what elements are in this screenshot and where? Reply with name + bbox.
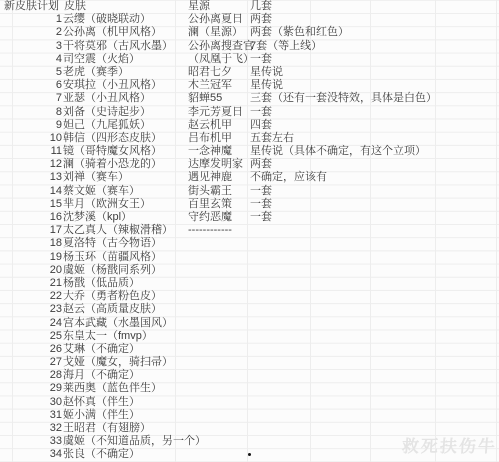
cell-row-number[interactable]: 28 <box>0 369 62 383</box>
cell-count[interactable]: 一套 <box>250 198 272 212</box>
cell-skin[interactable]: 赵云（高质量皮肤） <box>63 303 162 317</box>
ink-dot <box>248 453 251 456</box>
cell-star[interactable]: 李元芳夏日 <box>188 106 243 120</box>
cell-row-number[interactable]: 7 <box>0 92 62 106</box>
table-row: 2公孙离（机甲风格）澜（星源）两套（紫色和红色） <box>0 26 499 39</box>
table-row: 5老虎（赛季）昭君七夕星传说 <box>0 66 499 79</box>
table-row: 24宫本武藏（水墨国风） <box>0 317 499 330</box>
cell-skin[interactable]: 刘禅（赛车） <box>63 171 129 185</box>
cell-row-number[interactable]: 34 <box>0 448 62 462</box>
cell-skin[interactable]: 夏洛特（古今物语） <box>63 237 162 251</box>
cell-skin[interactable]: 姬小满（伴生） <box>63 409 140 423</box>
table-row: 18夏洛特（古今物语） <box>0 237 499 250</box>
cell-row-number[interactable]: 10 <box>0 132 62 146</box>
cell-row-number[interactable]: 12 <box>0 158 62 172</box>
cell-count[interactable]: 四套 <box>250 119 272 133</box>
cell-skin[interactable]: 东皇太一（fmvp） <box>63 330 153 344</box>
header-plan[interactable]: 新皮肤计划 <box>4 0 59 14</box>
cell-row-number[interactable]: 29 <box>0 382 62 396</box>
cell-skin[interactable]: 司空震（火焰） <box>63 53 140 67</box>
table-body: 1云缨（破晓联动）公孙离夏日两套2公孙离（机甲风格）澜（星源）两套（紫色和红色）… <box>0 13 499 461</box>
table-row: 21杨戬（低品质） <box>0 277 499 290</box>
cell-star[interactable]: 遇见神鹿 <box>188 171 232 185</box>
cell-skin[interactable]: 公孙离（机甲风格） <box>63 26 162 40</box>
cell-skin[interactable]: 莱西奥（蓝色伴生） <box>63 382 162 396</box>
cell-star[interactable]: （凤凰于飞） <box>188 53 254 67</box>
cell-star[interactable]: 守约恶魔 <box>188 211 232 225</box>
cell-count[interactable]: 两套 <box>250 158 272 172</box>
cell-count[interactable]: 星传说（具体不确定，有这个立项） <box>250 145 426 159</box>
table-row: 22大乔（勇者粉色皮） <box>0 290 499 303</box>
cell-star[interactable]: 昭君七夕 <box>188 66 232 80</box>
table-row: 16沈梦溪（kpl）守约恶魔一套 <box>0 211 499 224</box>
cell-skin[interactable]: 妲己（九尾狐妖） <box>63 119 151 133</box>
cell-row-number[interactable]: 13 <box>0 171 62 185</box>
cell-star[interactable]: 百里玄策 <box>188 198 232 212</box>
cell-row-number[interactable]: 5 <box>0 66 62 80</box>
cell-count[interactable]: 7套（等上线） <box>250 40 322 54</box>
table-row: 17太乙真人（辣椒滑稽）------------ <box>0 224 499 237</box>
cell-row-number[interactable]: 24 <box>0 317 62 331</box>
cell-skin[interactable]: 虞姬（杨戬同系列） <box>63 264 162 278</box>
cell-skin[interactable]: 戈娅（魔女，骑扫帚） <box>63 356 173 370</box>
header-skin[interactable]: 皮肤 <box>64 0 86 14</box>
cell-skin[interactable]: 艾琳（不确定） <box>63 343 140 357</box>
table: 新皮肤计划 皮肤 星源 几套 1云缨（破晓联动）公孙离夏日两套2公孙离（机甲风格… <box>0 0 499 462</box>
table-row: 9妲己（九尾狐妖）赵云机甲四套 <box>0 119 499 132</box>
cell-row-number[interactable]: 20 <box>0 264 62 278</box>
cell-skin[interactable]: 刘备（史诗起步） <box>63 106 151 120</box>
cell-star[interactable]: ------------ <box>188 224 232 238</box>
cell-row-number[interactable]: 11 <box>0 145 62 159</box>
table-row: 13刘禅（赛车）遇见神鹿不确定，应该有 <box>0 171 499 184</box>
cell-star[interactable]: 一念神魔 <box>188 145 232 159</box>
cell-count[interactable]: 两套（紫色和红色） <box>250 26 349 40</box>
cell-count[interactable]: 一套 <box>250 211 272 225</box>
table-row: 30赵怀真（伴生） <box>0 396 499 409</box>
cell-count[interactable]: 一套 <box>250 106 272 120</box>
cell-row-number[interactable]: 30 <box>0 396 62 410</box>
cell-count[interactable]: 一套 <box>250 185 272 199</box>
table-row: 1云缨（破晓联动）公孙离夏日两套 <box>0 13 499 26</box>
cell-skin[interactable]: 王昭君（有翅膀） <box>63 422 151 436</box>
table-row: 28海月（不确定） <box>0 369 499 382</box>
cell-count[interactable]: 五套左右 <box>250 132 294 146</box>
cell-skin[interactable]: 海月（不确定） <box>63 369 140 383</box>
watermark: 救死扶伤牛 <box>401 432 498 457</box>
cell-row-number[interactable]: 4 <box>0 53 62 67</box>
header-star[interactable]: 星源 <box>188 0 210 14</box>
cell-star[interactable]: 公孙离夏日 <box>188 13 243 27</box>
cell-row-number[interactable]: 25 <box>0 330 62 344</box>
table-row: 19杨玉环（苗疆风格） <box>0 251 499 264</box>
table-row: 27戈娅（魔女，骑扫帚） <box>0 356 499 369</box>
table-row: 7亚瑟（小丑风格）貂蝉55三套（还有一套没特效，具体是白色） <box>0 92 499 105</box>
cell-row-number[interactable]: 19 <box>0 251 62 265</box>
cell-row-number[interactable]: 8 <box>0 106 62 120</box>
table-row: 23赵云（高质量皮肤） <box>0 303 499 316</box>
cell-row-number[interactable]: 3 <box>0 40 62 54</box>
cell-row-number[interactable]: 2 <box>0 26 62 40</box>
cell-skin[interactable]: 宫本武藏（水墨国风） <box>63 317 173 331</box>
cell-skin[interactable]: 太乙真人（辣椒滑稽） <box>63 224 173 238</box>
cell-row-number[interactable]: 14 <box>0 185 62 199</box>
cell-skin[interactable]: 张良（不确定） <box>63 448 140 462</box>
table-row: 11镜（哥特魔女风格）一念神魔星传说（具体不确定，有这个立项） <box>0 145 499 158</box>
cell-count[interactable]: 两套 <box>250 13 272 27</box>
cell-row-number[interactable]: 27 <box>0 356 62 370</box>
cell-skin[interactable]: 亚瑟（小丑风格） <box>63 92 151 106</box>
cell-star[interactable]: 木兰冠军 <box>188 79 232 93</box>
cell-row-number[interactable]: 15 <box>0 198 62 212</box>
table-row: 25东皇太一（fmvp） <box>0 330 499 343</box>
cell-skin[interactable]: 云缨（破晓联动） <box>63 13 151 27</box>
cell-count[interactable]: 三套（还有一套没特效，具体是白色） <box>250 92 437 106</box>
cell-star[interactable]: 达摩发明家 <box>188 158 243 172</box>
cell-skin[interactable]: 芈月（欧洲女王） <box>63 198 151 212</box>
table-row: 10韩信（四形态皮肤）吕布机甲五套左右 <box>0 132 499 145</box>
cell-skin[interactable]: 镜（哥特魔女风格） <box>63 145 162 159</box>
cell-skin[interactable]: 韩信（四形态皮肤） <box>63 132 162 146</box>
table-row: 3干将莫邪（古风水墨）公孙离搜查官7套（等上线） <box>0 40 499 53</box>
cell-star[interactable]: 赵云机甲 <box>188 119 232 133</box>
cell-row-number[interactable]: 1 <box>0 13 62 27</box>
table-row: 26艾琳（不确定） <box>0 343 499 356</box>
table-row: 31姬小满（伴生） <box>0 409 499 422</box>
table-row: 8刘备（史诗起步）李元芳夏日一套 <box>0 106 499 119</box>
cell-row-number[interactable]: 26 <box>0 343 62 357</box>
table-row: 29莱西奥（蓝色伴生） <box>0 382 499 395</box>
header-row: 新皮肤计划 皮肤 星源 几套 <box>0 0 499 13</box>
cell-skin[interactable]: 蔡文姬（赛车） <box>63 185 140 199</box>
cell-row-number[interactable]: 18 <box>0 237 62 251</box>
cell-row-number[interactable]: 9 <box>0 119 62 133</box>
cell-count[interactable]: 不确定，应该有 <box>250 171 327 185</box>
cell-star[interactable]: 貂蝉55 <box>188 92 222 106</box>
cell-skin[interactable]: 沈梦溪（kpl） <box>63 211 132 225</box>
cell-skin[interactable]: 老虎（赛季） <box>63 66 129 80</box>
table-row: 12澜（骑着小恐龙的）达摩发明家两套 <box>0 158 499 171</box>
cell-row-number[interactable]: 31 <box>0 409 62 423</box>
cell-star[interactable]: 澜（星源） <box>188 26 243 40</box>
cell-skin[interactable]: 杨戬（低品质） <box>63 277 140 291</box>
spreadsheet: 新皮肤计划 皮肤 星源 几套 1云缨（破晓联动）公孙离夏日两套2公孙离（机甲风格… <box>0 0 499 462</box>
cell-count[interactable]: 一套 <box>250 53 272 67</box>
cell-skin[interactable]: 杨玉环（苗疆风格） <box>63 251 162 265</box>
cell-skin[interactable]: 赵怀真（伴生） <box>63 396 140 410</box>
table-row: 20虞姬（杨戬同系列） <box>0 264 499 277</box>
cell-skin[interactable]: 干将莫邪（古风水墨） <box>63 40 173 54</box>
cell-count[interactable]: 星传说 <box>250 79 283 93</box>
header-count[interactable]: 几套 <box>250 0 272 14</box>
cell-count[interactable]: 星传说 <box>250 66 283 80</box>
cell-row-number[interactable]: 22 <box>0 290 62 304</box>
table-row: 14蔡文姬（赛车）街头霸王一套 <box>0 185 499 198</box>
cell-row-number[interactable]: 6 <box>0 79 62 93</box>
cell-skin[interactable]: 虞姬（不知道品质，另一个） <box>63 435 206 449</box>
cell-skin[interactable]: 澜（骑着小恐龙的） <box>63 158 162 172</box>
cell-skin[interactable]: 安琪拉（小丑风格） <box>63 79 162 93</box>
table-row: 6安琪拉（小丑风格）木兰冠军星传说 <box>0 79 499 92</box>
cell-row-number[interactable]: 23 <box>0 303 62 317</box>
table-row: 4司空震（火焰）（凤凰于飞）一套 <box>0 53 499 66</box>
cell-skin[interactable]: 大乔（勇者粉色皮） <box>63 290 162 304</box>
cell-star[interactable]: 吕布机甲 <box>188 132 232 146</box>
cell-row-number[interactable]: 32 <box>0 422 62 436</box>
cell-star[interactable]: 街头霸王 <box>188 185 232 199</box>
cell-row-number[interactable]: 16 <box>0 211 62 225</box>
cell-row-number[interactable]: 17 <box>0 224 62 238</box>
cell-star[interactable]: 公孙离搜查官 <box>188 40 254 54</box>
table-row: 15芈月（欧洲女王）百里玄策一套 <box>0 198 499 211</box>
cell-row-number[interactable]: 21 <box>0 277 62 291</box>
cell-row-number[interactable]: 33 <box>0 435 62 449</box>
